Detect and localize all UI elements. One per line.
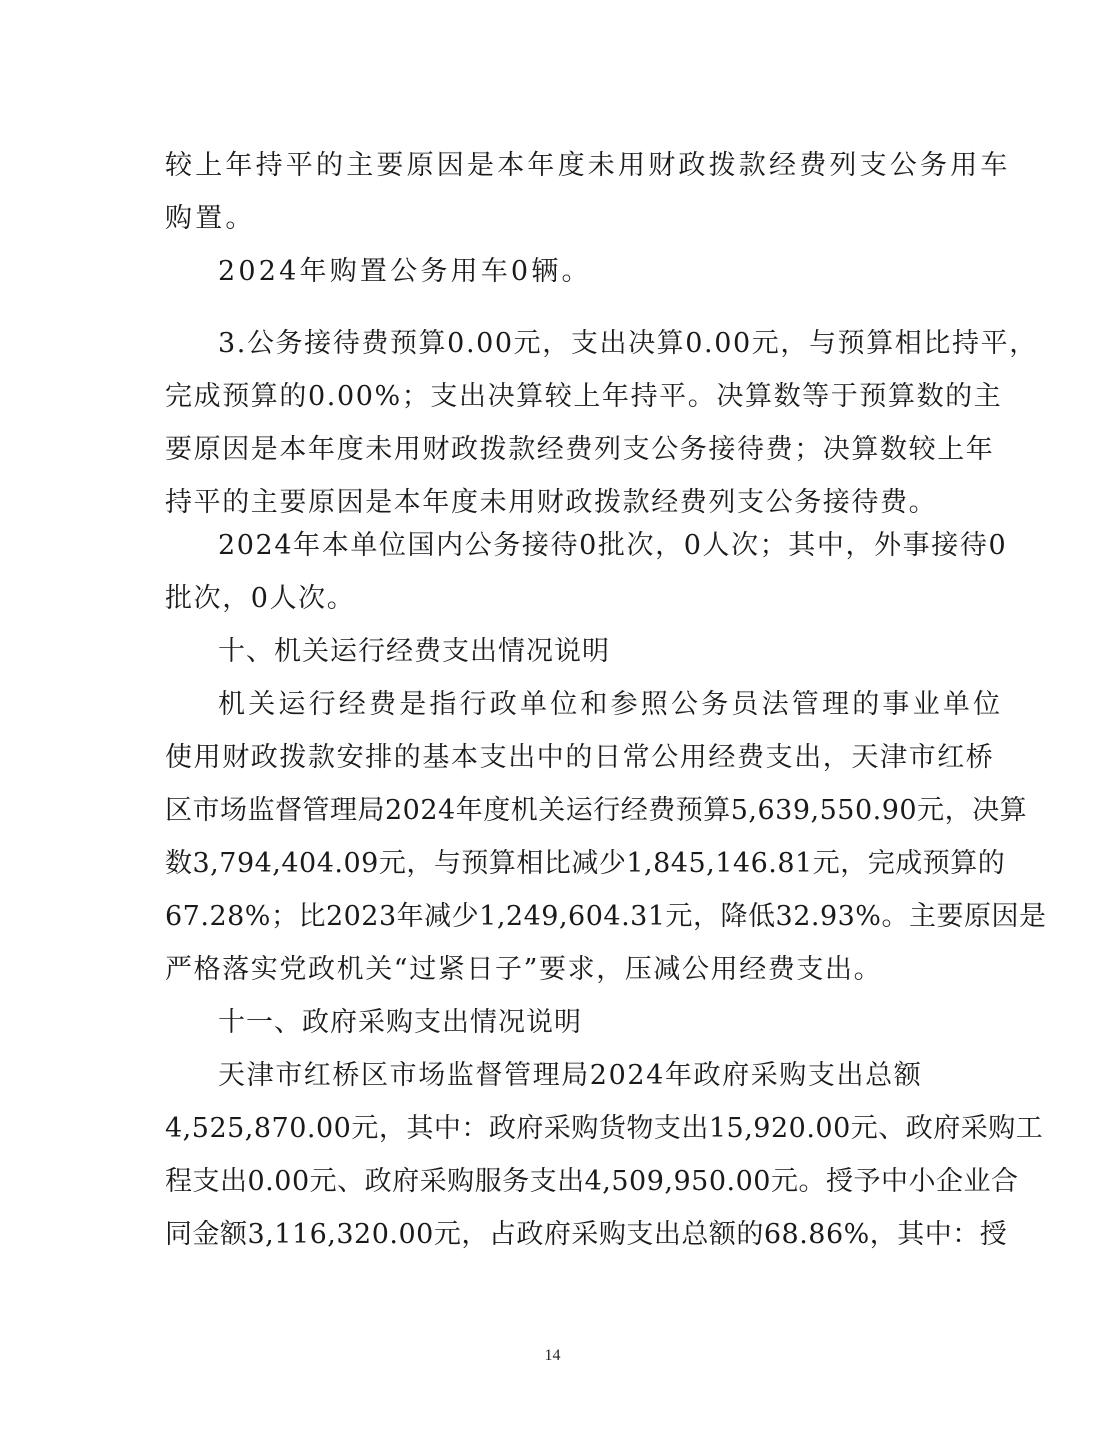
paragraph-line: 程支出0.00元、政府采购服务支出4,509,950.00元。授予中小企业合 (165, 1166, 945, 1198)
paragraph-line: 67.28%；比2023年减少1,249,604.31元，降低32.93%。主要… (165, 901, 945, 933)
document-page: 较上年持平的主要原因是本年度未用财政拨款经费列支公务用车 购置。 2024年购置… (0, 0, 1105, 1430)
section-heading-10: 十、机关运行经费支出情况说明 (218, 636, 998, 668)
paragraph-line: 数3,794,404.09元，与预算相比减少1,845,146.81元，完成预算… (165, 848, 945, 880)
paragraph-line: 机关运行经费是指行政单位和参照公务员法管理的事业单位 (218, 689, 998, 721)
paragraph-line: 较上年持平的主要原因是本年度未用财政拨款经费列支公务用车 (165, 150, 945, 182)
paragraph-line: 严格落实党政机关“过紧日子”要求，压减公用经费支出。 (165, 954, 945, 986)
page-number: 14 (0, 1347, 1105, 1365)
paragraph-line: 购置。 (165, 203, 945, 235)
paragraph-line: 区市场监督管理局2024年度机关运行经费预算5,639,550.90元，决算 (165, 795, 945, 827)
paragraph-line: 同金额3,116,320.00元，占政府采购支出总额的68.86%，其中：授 (165, 1219, 945, 1251)
paragraph-line: 要原因是本年度未用财政拨款经费列支公务接待费；决算数较上年 (165, 434, 945, 466)
paragraph-line: 2024年本单位国内公务接待0批次，0人次；其中，外事接待0 (218, 530, 998, 562)
paragraph-line: 天津市红桥区市场监督管理局2024年政府采购支出总额 (218, 1060, 998, 1092)
paragraph-line: 2024年购置公务用车0辆。 (218, 256, 998, 288)
paragraph-line: 持平的主要原因是本年度未用财政拨款经费列支公务接待费。 (165, 487, 945, 519)
paragraph-line: 使用财政拨款安排的基本支出中的日常公用经费支出，天津市红桥 (165, 742, 945, 774)
paragraph-line: 批次，0人次。 (165, 583, 945, 615)
section-heading-11: 十一、政府采购支出情况说明 (218, 1007, 998, 1039)
paragraph-line: 4,525,870.00元，其中：政府采购货物支出15,920.00元、政府采购… (165, 1113, 945, 1145)
paragraph-line: 完成预算的0.00%；支出决算较上年持平。决算数等于预算数的主 (165, 381, 945, 413)
paragraph-line: 3.公务接待费预算0.00元，支出决算0.00元，与预算相比持平， (218, 328, 998, 360)
